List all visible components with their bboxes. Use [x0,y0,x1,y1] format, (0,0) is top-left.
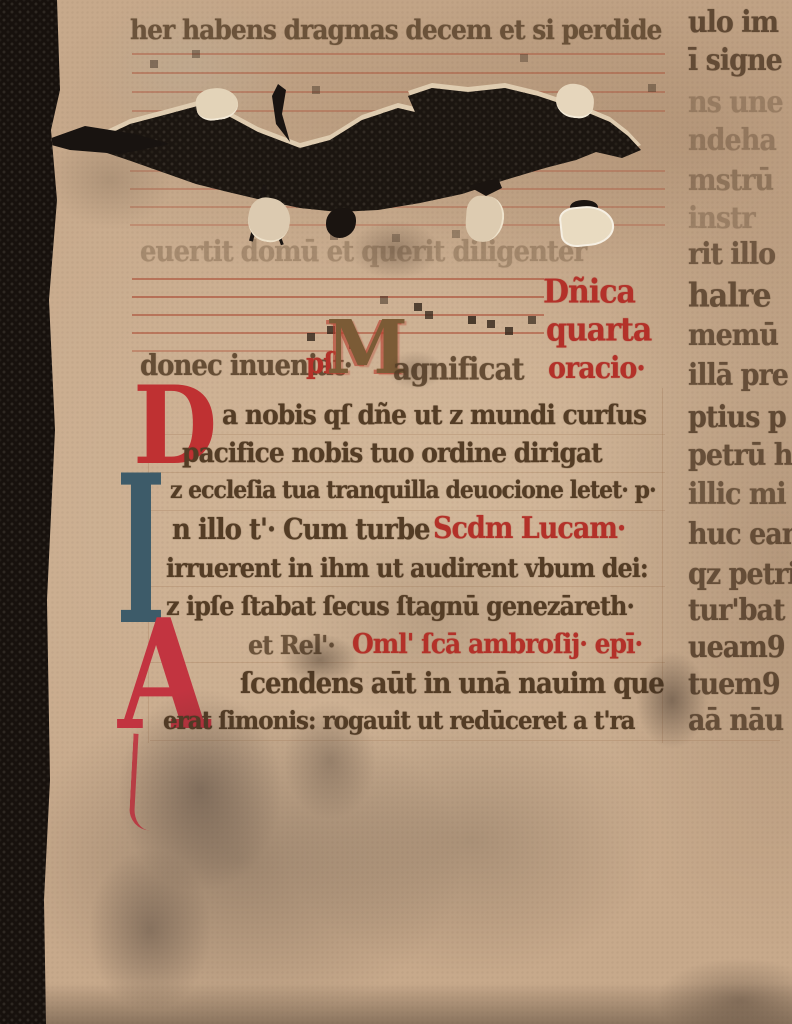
manuscript-photo: her habens dragmas decem et si perdide e… [0,0,792,1024]
parchment-leaf: her habens dragmas decem et si perdide e… [0,0,792,1024]
